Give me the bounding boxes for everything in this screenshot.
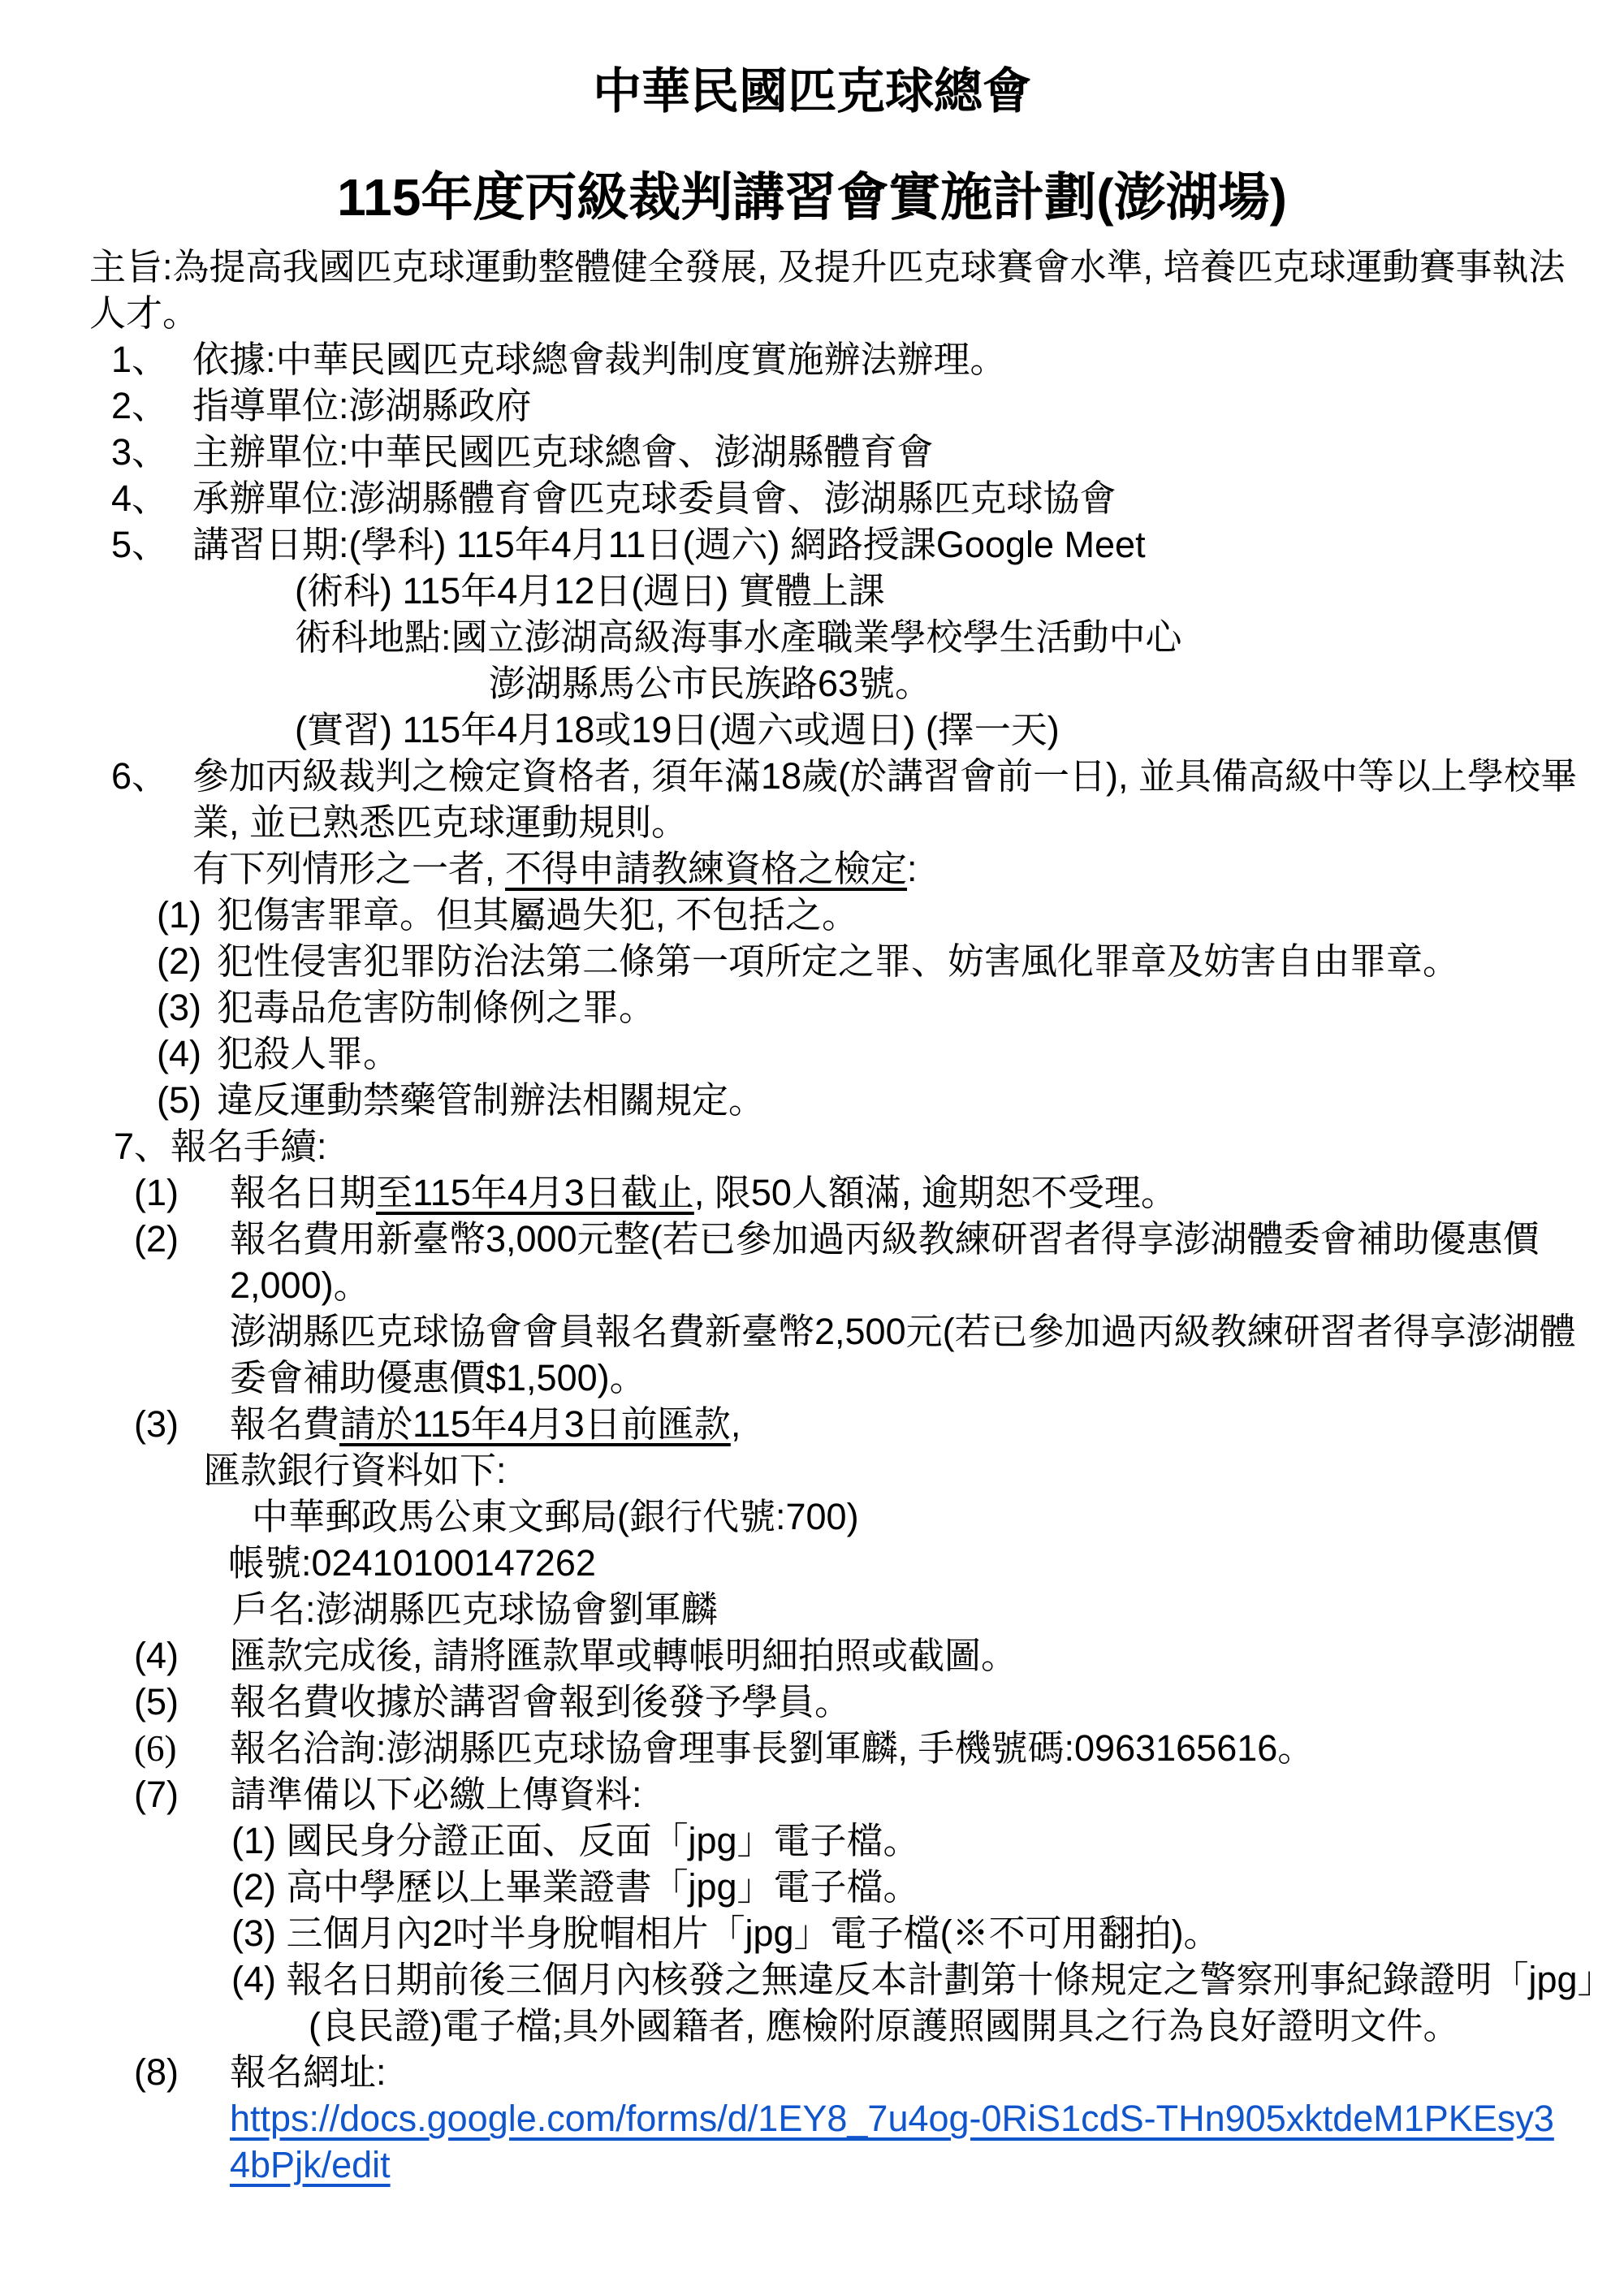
item-text: 講習日期:(學科) 115年4月11日(週六) 網路授課Google Meet [192,524,1146,565]
list-item-5-line-2: (術科) 115年4月12日(週日) 實體上課 [0,568,1624,614]
bank-info-heading: 匯款銀行資料如下: [0,1447,1624,1493]
bank-account-name: 戶名:澎湖縣匹克球協會劉軍麟 [0,1586,1624,1632]
item-number: (3) [134,1401,230,1447]
list-item-2: 2、指導單位:澎湖縣政府 [0,382,1624,429]
list-item-7-sub-2: (2)報名費用新臺幣3,000元整(若已參加過丙級教練研習者得享澎湖體委會補助優… [0,1216,1624,1262]
underlined-text: 請於115年4月3日前匯款 [339,1403,731,1445]
item-text: 報名費收據於講習會報到後發予學員。 [230,1681,851,1722]
registration-link[interactable]: https://docs.google.com/forms/d/1EY8_7u4… [230,2098,1554,2139]
list-item-7-sub-7: (7)請準備以下必繳上傳資料: [0,1771,1624,1817]
list-item-7-sub-4: (4)匯款完成後, 請將匯款單或轉帳明細拍照或截圖。 [0,1632,1624,1679]
item-text: 匯款完成後, 請將匯款單或轉帳明細拍照或截圖。 [230,1635,1017,1676]
item-text: 報名日期 [230,1172,376,1213]
list-item-6-sub-1: (1)犯傷害罪章。但其屬過失犯, 不包括之。 [0,892,1624,938]
list-item-6-line-2: 業, 並已熟悉匹克球運動規則。 [0,799,1624,845]
item-number: 5、 [111,521,192,568]
registration-url-line-1: https://docs.google.com/forms/d/1EY8_7u4… [0,2095,1624,2142]
item-text: 犯傷害罪章。但其屬過失犯, 不包括之。 [217,894,858,936]
item-number: (1) [157,892,217,938]
document-body: 主旨:為提高我國匹克球運動整體健全發展, 及提升匹克球賽會水準, 培養匹克球運動… [0,244,1624,2188]
item-number: (8) [134,2049,230,2095]
item-text: : [907,848,918,889]
item-text: 主辦單位:中華民國匹克球總會、澎湖縣體育會 [192,431,934,473]
list-item-6-line-3: 有下列情形之一者, 不得申請教練資格之檢定: [0,845,1624,892]
list-item-5: 5、講習日期:(學科) 115年4月11日(週六) 網路授課Google Mee… [0,521,1624,568]
registration-url-line-2: 4bPjk/edit [0,2142,1624,2188]
list-item-3: 3、主辦單位:中華民國匹克球總會、澎湖縣體育會 [0,429,1624,475]
document-page: 中華民國匹克球總會 115年度丙級裁判講習會實施計劃(澎湖場) 主旨:為提高我國… [0,0,1624,2295]
item-number: 2、 [111,382,192,429]
list-item-5-line-4: 澎湖縣馬公市民族路63號。 [0,660,1624,707]
item-text: 參加丙級裁判之檢定資格者, 須年滿18歲(於講習會前一日), 並具備高級中等以上… [192,755,1577,797]
list-item-7-heading: 7、報名手續: [0,1123,1624,1169]
list-item-6-sub-5: (5)違反運動禁藥管制辦法相關規定。 [0,1077,1624,1123]
registration-url-label: 報名網址: [230,2051,387,2093]
list-item-7-sub-6: (6)報名洽詢:澎湖縣匹克球協會理事長劉軍麟, 手機號碼:0963165616。 [0,1725,1624,1771]
list-item-7-sub-3: (3)報名費請於115年4月3日前匯款, [0,1401,1624,1447]
item-text: , 限50人額滿, 逾期恕不受理。 [694,1172,1177,1213]
list-item-6-sub-4: (4)犯殺人罪。 [0,1031,1624,1077]
list-item-7-sub-5: (5)報名費收據於講習會報到後發予學員。 [0,1679,1624,1725]
item-text: 依據:中華民國匹克球總會裁判制度實施辦法辦理。 [192,339,1007,380]
item-text: 報名費 [230,1403,339,1445]
subject-line-2: 人才。 [0,290,1624,336]
item-text: 違反運動禁藥管制辦法相關規定。 [217,1079,765,1121]
item-number: (5) [134,1679,230,1725]
subject-line-1: 主旨:為提高我國匹克球運動整體健全發展, 及提升匹克球賽會水準, 培養匹克球運動… [0,244,1624,290]
upload-doc-4: (4) 報名日期前後三個月內核發之無違反本計劃第十條規定之警察刑事紀錄證明「jp… [0,1956,1624,2003]
list-item-7-sub-2-line-4: 委會補助優惠價$1,500)。 [0,1355,1624,1401]
list-item-7-sub-1: (1)報名日期至115年4月3日截止, 限50人額滿, 逾期恕不受理。 [0,1169,1624,1216]
item-text: 犯毒品危害防制條例之罪。 [217,987,655,1028]
item-number: 3、 [111,429,192,475]
list-item-1: 1、依據:中華民國匹克球總會裁判制度實施辦法辦理。 [0,336,1624,382]
item-text: 犯性侵害犯罪防治法第二條第一項所定之罪、妨害風化罪章及妨害自由罪章。 [217,940,1459,982]
list-item-5-line-5: (實習) 115年4月18或19日(週六或週日) (擇一天) [0,707,1624,753]
document-title-org: 中華民國匹克球總會 [0,62,1624,122]
item-text: 承辦單位:澎湖縣體育會匹克球委員會、澎湖縣匹克球協會 [192,478,1116,519]
item-number: (1) [134,1169,230,1216]
upload-doc-3: (3) 三個月內2吋半身脫帽相片「jpg」電子檔(※不可用翻拍)。 [0,1910,1624,1956]
item-number: (2) [157,938,217,984]
item-text: 犯殺人罪。 [217,1033,400,1074]
underlined-text: 至115年4月3日截止 [376,1172,694,1213]
item-number: (2) [134,1216,230,1262]
item-number: (6) [134,1726,230,1772]
item-text: 請準備以下必繳上傳資料: [230,1774,642,1815]
item-text: 報名洽詢:澎湖縣匹克球協會理事長劉軍麟, 手機號碼:0963165616。 [230,1727,1314,1769]
item-number: 6、 [111,753,192,799]
upload-doc-2: (2) 高中學歷以上畢業證書「jpg」電子檔。 [0,1864,1624,1910]
list-item-6: 6、參加丙級裁判之檢定資格者, 須年滿18歲(於講習會前一日), 並具備高級中等… [0,753,1624,799]
item-text: 報名費用新臺幣3,000元整(若已參加過丙級教練研習者得享澎湖體委會補助優惠價 [230,1218,1540,1260]
item-number: 4、 [111,475,192,521]
item-text: 指導單位:澎湖縣政府 [192,385,532,426]
bank-name: 中華郵政馬公東文郵局(銀行代號:700) [0,1493,1624,1540]
list-item-6-sub-3: (3)犯毒品危害防制條例之罪。 [0,984,1624,1031]
list-item-7-sub-8: (8)報名網址: [0,2049,1624,2095]
item-number: (4) [157,1031,217,1077]
underlined-text: 不得申請教練資格之檢定 [505,848,907,889]
item-number: (7) [134,1771,230,1817]
list-item-6-sub-2: (2)犯性侵害犯罪防治法第二條第一項所定之罪、妨害風化罪章及妨害自由罪章。 [0,938,1624,984]
item-text: , [731,1403,741,1445]
list-item-5-line-3: 術科地點:國立澎湖高級海事水產職業學校學生活動中心 [0,614,1624,660]
list-item-7-sub-2-line-3: 澎湖縣匹克球協會會員報名費新臺幣2,500元(若已參加過丙級教練研習者得享澎湖體 [0,1308,1624,1355]
upload-doc-1: (1) 國民身分證正面、反面「jpg」電子檔。 [0,1817,1624,1864]
list-item-7-sub-2-line-2: 2,000)。 [0,1262,1624,1308]
item-number: (3) [157,984,217,1031]
item-number: 1、 [111,336,192,382]
item-number: (5) [157,1077,217,1123]
bank-account-number: 帳號:02410100147262 [0,1540,1624,1586]
list-item-4: 4、承辦單位:澎湖縣體育會匹克球委員會、澎湖縣匹克球協會 [0,475,1624,521]
item-number: (4) [134,1632,230,1679]
item-text: 有下列情形之一者, [192,848,505,889]
registration-link[interactable]: 4bPjk/edit [230,2144,391,2185]
document-title-plan: 115年度丙級裁判講習會實施計劃(澎湖場) [0,164,1624,231]
upload-doc-4-line-2: (良民證)電子檔;具外國籍者, 應檢附原護照國開具之行為良好證明文件。 [0,2003,1624,2049]
